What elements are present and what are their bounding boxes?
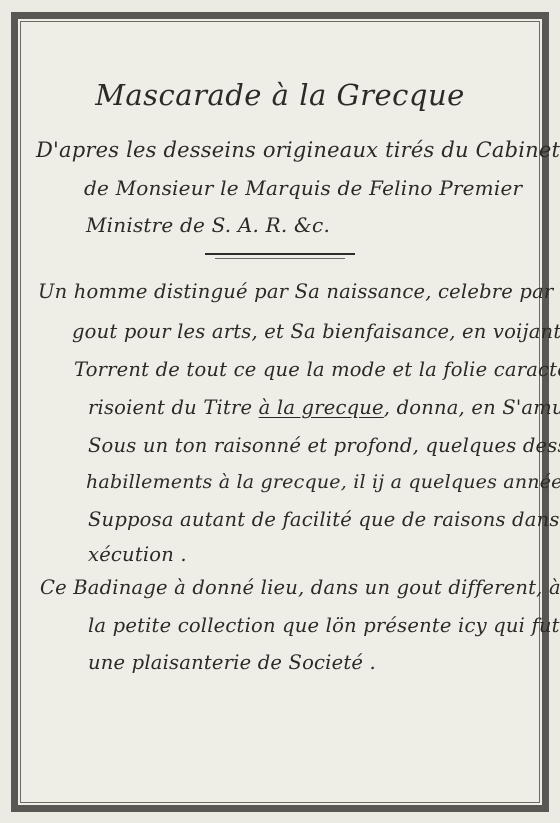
separator-rule [205,253,355,255]
paragraph-1-line-7: Supposa autant de facilité que de raison… [88,508,560,531]
subtitle-line-2: de Monsieur le Marquis de Felino Premier [84,176,522,200]
paragraph-1-line-6: habillements à la grecque, il ij a quelq… [86,471,560,493]
paragraph-1-line-2: gout pour les arts, et Sa bienfaisance, … [72,320,560,343]
paragraph-1-line-3: Torrent de tout ce que la mode et la fol… [74,358,560,381]
paragraph-2-line-2: la petite collection que lön présente ic… [88,614,560,637]
line-4-start: risoient du Titre [88,396,259,419]
subtitle-line-1: D'apres les desseins origineaux tirés du… [36,138,560,162]
paragraph-2-line-1: Ce Badinage à donné lieu, dans un gout d… [40,576,560,599]
paragraph-1-line-5: Sous un ton raisonné et profond, quelque… [88,434,560,457]
page-title: Mascarade à la Grecque [0,78,560,112]
subtitle-line-3: Ministre de S. A. R. &c. [86,213,330,237]
line-4-end: , donna, en S'amusant [384,396,560,419]
paragraph-2-line-3: une plaisanterie de Societé . [88,651,376,674]
paragraph-1-line-4: risoient du Titre à la grecque, donna, e… [88,396,560,419]
separator-rule-thin [215,258,345,259]
underlined-phrase: à la grecque [259,396,384,419]
manuscript-page: Mascarade à la Grecque D'apres les desse… [0,0,560,823]
paragraph-1-line-8: xécution . [88,543,187,566]
paragraph-1-line-1: Un homme distingué par Sa naissance, cel… [38,280,560,303]
